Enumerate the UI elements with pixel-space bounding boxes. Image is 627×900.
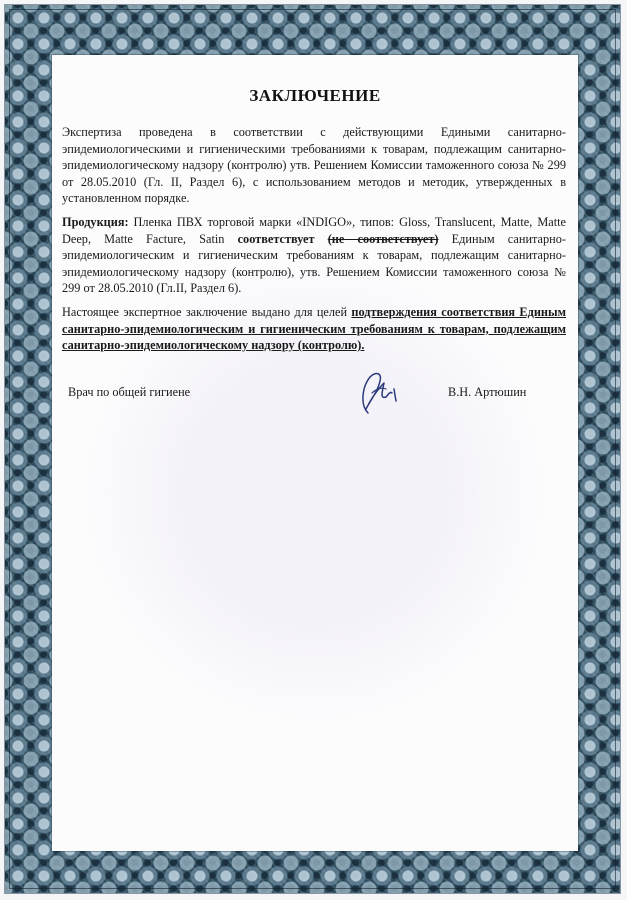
signer-role: Врач по общей гигиене — [68, 385, 190, 400]
handwritten-signature-icon — [354, 367, 404, 419]
verdict-complies: соответствует — [238, 232, 315, 246]
paragraph-product: Продукция: Пленка ПВХ торговой марки «IN… — [62, 214, 566, 297]
signer-name: В.Н. Артюшин — [448, 385, 526, 400]
purpose-intro: Настоящее экспертное заключение выдано д… — [62, 305, 351, 319]
document-title: ЗАКЛЮЧЕНИЕ — [52, 86, 578, 106]
signature-row: Врач по общей гигиене В.Н. Артюшин — [68, 385, 548, 425]
verdict-struck: (не соответствует) — [328, 232, 439, 246]
product-label: Продукция: — [62, 215, 129, 229]
paragraph-purpose: Настоящее экспертное заключение выдано д… — [62, 304, 566, 354]
paragraph-expertise: Экспертиза проведена в соответствии с де… — [62, 124, 566, 207]
